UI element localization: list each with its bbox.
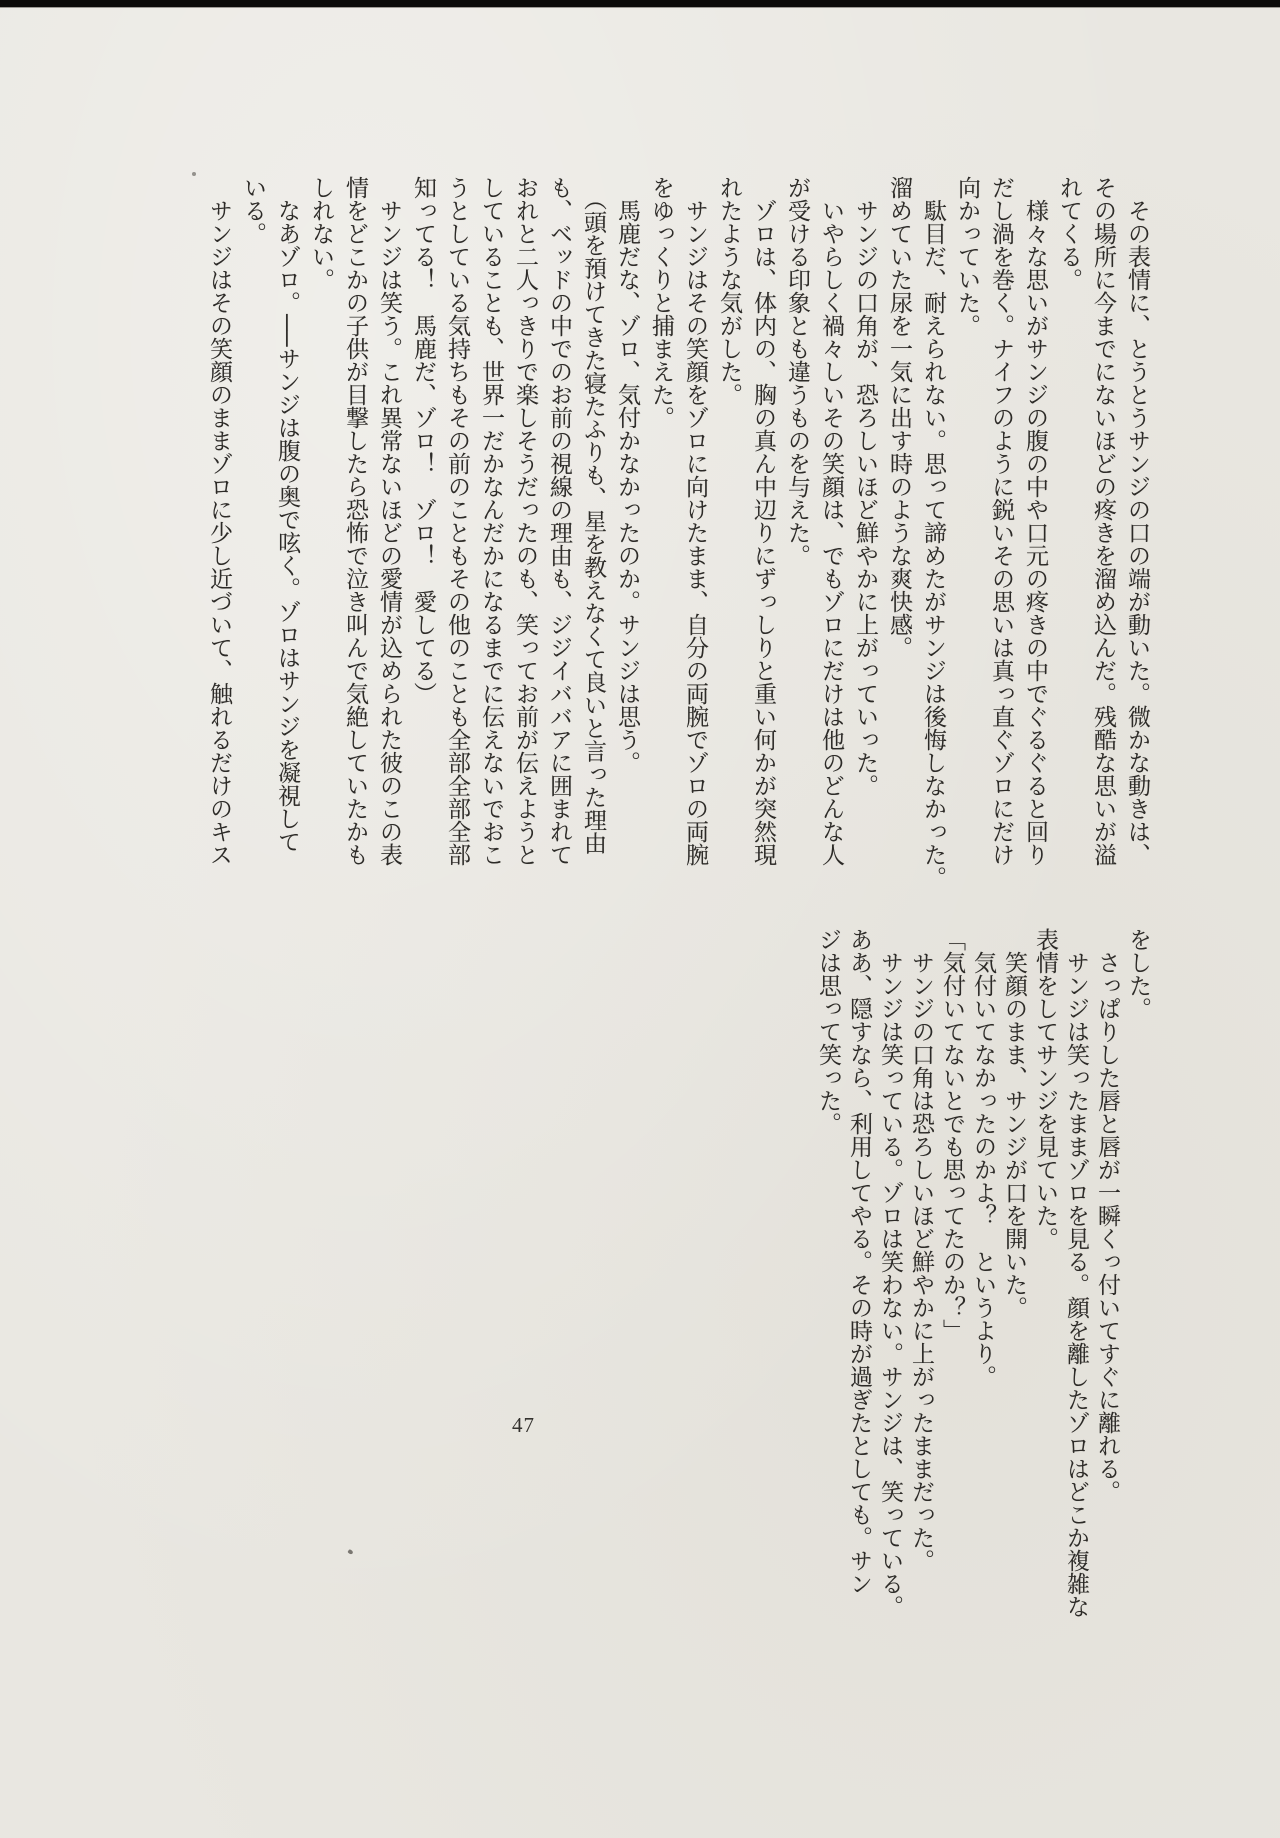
text-line: （頭を預けてきた寝たふりも、星を教えなくて良いと言った理由 — [576, 176, 610, 926]
scanned-page: { "colors": { "paper": "#e9e7e1", "ink":… — [0, 0, 1280, 1838]
text-line: をゆっくりと捕まえた。 — [644, 176, 678, 926]
text-line: れたような気がした。 — [712, 176, 746, 926]
text-line: なあゾロ。──サンジは腹の奥で呟く。ゾロはサンジを凝視して — [270, 176, 304, 926]
text-line: ゾロは、体内の、胸の真ん中辺りにずっしりと重い何かが突然現 — [746, 176, 780, 926]
text-line: ああ、隠すなら、利用してやる。その時が過ぎたとしても。サン — [844, 928, 875, 1633]
text-line: 「気付いてないとでも思ってたのか？」 — [937, 928, 968, 1633]
text-line: 表情をしてサンジを見ていた。 — [1030, 928, 1061, 1633]
text-line: 溜めていた尿を一気に出す時のような爽快感。 — [882, 176, 916, 926]
text-line: をした。 — [1123, 928, 1154, 1633]
text-line: サンジは笑っている。ゾロは笑わない。サンジは、笑っている。 — [875, 928, 906, 1633]
text-line: サンジは笑ったままゾロを見る。顔を離したゾロはどこか複雑な — [1061, 928, 1092, 1633]
continuation-text-block: をした。 さっぱりした唇と唇が一瞬くっ付いてすぐに離れる。 サンジは笑ったままゾ… — [813, 928, 1154, 1633]
text-line: していることも、世界一だかなんだかになるまでに伝えないでおこ — [474, 176, 508, 926]
text-line: うとしている気持ちもその前のこともその他のことも全部全部全部 — [440, 176, 474, 926]
text-line: 気付いてなかったのかよ？ というより。 — [968, 928, 999, 1633]
scan-top-edge — [0, 0, 1280, 7]
text-line: も、ベッドの中でのお前の視線の理由も、ジジイババアに囲まれて — [542, 176, 576, 926]
text-line: れてくる。 — [1052, 176, 1086, 926]
text-line: サンジはその笑顔をゾロに向けたまま、自分の両腕でゾロの両腕 — [678, 176, 712, 926]
scan-speck — [192, 172, 196, 176]
text-line: サンジの口角は恐ろしいほど鮮やかに上がったままだった。 — [906, 928, 937, 1633]
text-line: いやらしく禍々しいその笑顔は、でもゾロにだけは他のどんな人 — [814, 176, 848, 926]
text-line: その表情に、とうとうサンジの口の端が動いた。微かな動きは、 — [1120, 176, 1154, 926]
scan-speck — [347, 1549, 353, 1555]
text-line: 笑顔のまま、サンジが口を開いた。 — [999, 928, 1030, 1633]
text-line: サンジの口角が、恐ろしいほど鮮やかに上がっていった。 — [848, 176, 882, 926]
text-line: 情をどこかの子供が目撃したら恐怖で泣き叫んで気絶していたかも — [338, 176, 372, 926]
text-line: 様々な思いがサンジの腹の中や口元の疼きの中でぐるぐると回り — [1018, 176, 1052, 926]
text-line: が受ける印象とも違うものを与えた。 — [780, 176, 814, 926]
text-line: いる。 — [236, 176, 270, 926]
text-line: おれと二人っきりで楽しそうだったのも、笑ってお前が伝えようと — [508, 176, 542, 926]
text-line: 知ってる！ 馬鹿だ、ゾロ！ ゾロ！ 愛してる） — [406, 176, 440, 926]
text-line: しれない。 — [304, 176, 338, 926]
text-line: 向かっていた。 — [950, 176, 984, 926]
text-line: さっぱりした唇と唇が一瞬くっ付いてすぐに離れる。 — [1092, 928, 1123, 1633]
text-line: ジは思って笑った。 — [813, 928, 844, 1633]
text-line: その場所に今までにないほどの疼きを溜め込んだ。残酷な思いが溢 — [1086, 176, 1120, 926]
text-line: 馬鹿だな、ゾロ、気付かなかったのか。サンジは思う。 — [610, 176, 644, 926]
text-line: だし渦を巻く。ナイフのように鋭いその思いは真っ直ぐゾロにだけ — [984, 176, 1018, 926]
text-line: サンジはその笑顔のままゾロに少し近づいて、触れるだけのキス — [202, 176, 236, 926]
text-line: 駄目だ、耐えられない。思って諦めたがサンジは後悔しなかった。 — [916, 176, 950, 926]
text-line: サンジは笑う。これ異常ないほどの愛情が込められた彼のこの表 — [372, 176, 406, 926]
page-number: 47 — [512, 1413, 535, 1438]
main-text-block: その表情に、とうとうサンジの口の端が動いた。微かな動きは、 その場所に今までにな… — [202, 176, 1154, 926]
